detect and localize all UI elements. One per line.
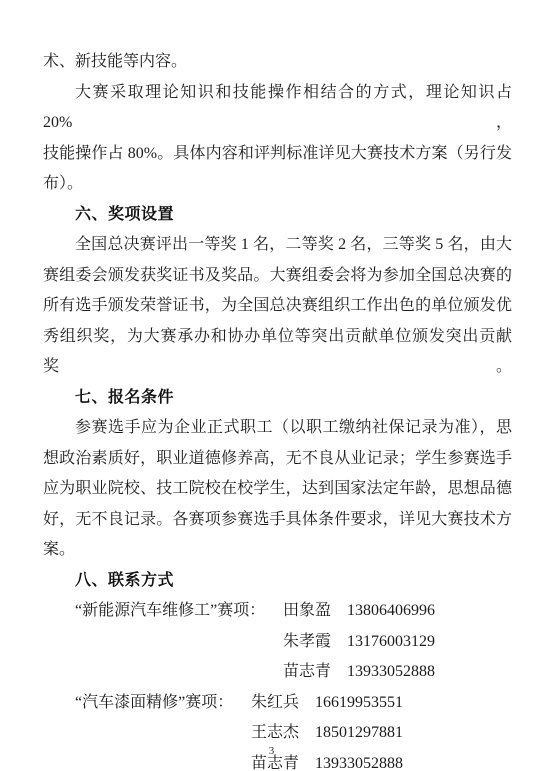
contact-row: “汽车漆面精修”赛项：朱红兵16619953551 xyxy=(43,688,512,719)
paragraph-line: 全国总决赛评出一等奖 1 名，二等奖 2 名，三等奖 5 名，由大 xyxy=(43,230,512,261)
paragraph-line: 所有选手颁发荣誉证书，为全国总决赛组织工作出色的单位颁发优 xyxy=(43,291,512,322)
document-body: 术、新技能等内容。大赛采取理论知识和技能操作相结合的方式，理论知识占 20%，技… xyxy=(0,0,543,771)
section-heading: 八、联系方式 xyxy=(43,566,512,597)
contact-name: 苗志青 xyxy=(283,657,331,688)
section-heading: 六、奖项设置 xyxy=(43,200,512,231)
contact-group: “新能源汽车维修工”赛项：田象盈13806406996朱孝霞1317600312… xyxy=(43,596,512,688)
paragraph-line: 好，无不良记录。各赛项参赛选手具体条件要求，详见大赛技术方 xyxy=(43,505,512,536)
contact-phone: 13933052888 xyxy=(347,657,435,688)
contact-row: “新能源汽车维修工”赛项：田象盈13806406996 xyxy=(43,596,512,627)
section-heading: 七、报名条件 xyxy=(43,383,512,414)
paragraph-line: 布）。 xyxy=(43,169,512,200)
contact-phone: 13806406996 xyxy=(347,596,435,627)
paragraph-line: 想政治素质好，职业道德修养高，无不良从业记录；学生参赛选手 xyxy=(43,444,512,475)
contact-phone: 13176003129 xyxy=(347,627,435,658)
contact-label: “新能源汽车维修工”赛项： xyxy=(75,596,283,627)
paragraph-line: 秀组织奖，为大赛承办和协办单位等突出贡献单位颁发突出贡献奖。 xyxy=(43,322,512,383)
paragraph-line: 应为职业院校、技工院校在校学生，达到国家法定年龄，思想品德 xyxy=(43,474,512,505)
contact-name: 朱孝霞 xyxy=(283,627,331,658)
paragraph-line: 案。 xyxy=(43,535,512,566)
contact-group: “汽车漆面精修”赛项：朱红兵16619953551王志杰18501297881苗… xyxy=(43,688,512,771)
contact-row: 朱孝霞13176003129 xyxy=(43,627,512,658)
contact-name: 朱红兵 xyxy=(251,688,299,719)
paragraph-line: 参赛选手应为企业正式职工（以职工缴纳社保记录为准），思 xyxy=(43,413,512,444)
paragraph-line: 赛组委会颁发获奖证书及奖品。大赛组委会将为参加全国总决赛的 xyxy=(43,261,512,292)
contact-phone: 16619953551 xyxy=(315,688,403,719)
paragraph-line: 技能操作占 80%。具体内容和评判标准详见大赛技术方案（另行发 xyxy=(43,139,512,170)
contact-name: 田象盈 xyxy=(283,596,331,627)
document-page: 术、新技能等内容。大赛采取理论知识和技能操作相结合的方式，理论知识占 20%，技… xyxy=(0,0,543,771)
contact-label: “汽车漆面精修”赛项： xyxy=(75,688,251,719)
page-number: 3 xyxy=(0,744,543,758)
paragraph-line: 术、新技能等内容。 xyxy=(43,47,512,78)
paragraph-line: 大赛采取理论知识和技能操作相结合的方式，理论知识占 20%， xyxy=(43,78,512,139)
contact-row: 苗志青13933052888 xyxy=(43,657,512,688)
